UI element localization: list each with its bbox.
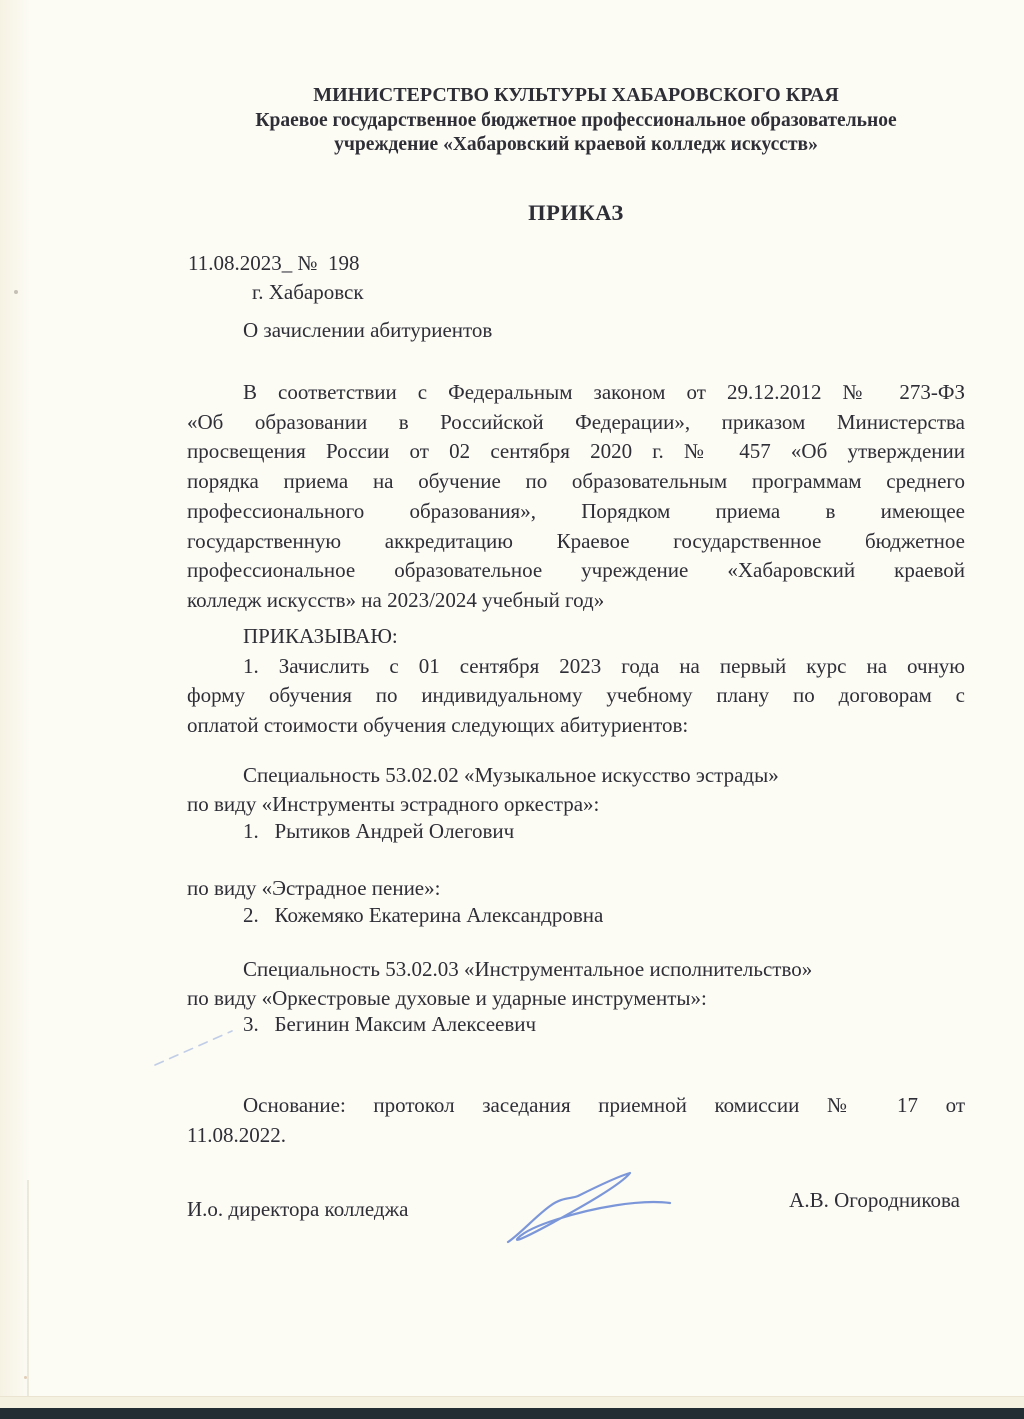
basis-line: Основание: протокол заседания приемной к… <box>187 1091 965 1121</box>
student-row: 1. Рытиков Андрей Олегович <box>187 817 965 847</box>
preamble-paragraph: В соответствии с Федеральным законом от … <box>187 378 965 616</box>
resolution-heading: ПРИКАЗЫВАЮ: <box>187 622 965 652</box>
resolution-item-line: форму обучения по индивидуальному учебно… <box>187 681 965 711</box>
signatory-name: А.В. Огородникова <box>789 1188 960 1213</box>
resolution-block: ПРИКАЗЫВАЮ: 1. Зачислить с 01 сентября 2… <box>187 622 965 741</box>
order-date-and-number: 11.08.2023_ № 198 <box>188 249 966 279</box>
resolution-item-line: 1. Зачислить с 01 сентября 2023 года на … <box>187 652 965 682</box>
scan-speck <box>14 290 18 294</box>
order-city: г. Хабаровск <box>188 278 966 308</box>
scan-speck <box>24 1376 27 1379</box>
order-title: ПРИКАЗ <box>187 200 965 226</box>
preamble-line: просвещения России от 02 сентября 2020 г… <box>187 437 965 467</box>
specialty2-title: Специальность 53.02.03 «Инструментальное… <box>187 955 965 985</box>
institution-name-line2: учреждение «Хабаровский краевой колледж … <box>187 133 965 157</box>
basis-line: 11.08.2022. <box>187 1121 965 1151</box>
resolution-item-line: оплатой стоимости обучения следующих аби… <box>187 711 965 741</box>
scan-left-edge-shading <box>0 0 30 1419</box>
scanned-order-document: МИНИСТЕРСТВО КУЛЬТУРЫ ХАБАРОВСКОГО КРАЯ … <box>0 0 1024 1419</box>
pen-mark <box>140 1015 250 1075</box>
institution-name-line1: Краевое государственное бюджетное профес… <box>187 109 965 133</box>
preamble-line: порядка приема на обучение по образовате… <box>187 467 965 497</box>
scan-left-edge-line <box>27 1180 29 1419</box>
specialty1-kind1: по виду «Инструменты эстрадного оркестра… <box>187 790 965 820</box>
preamble-line: профессионального образования», Порядком… <box>187 497 965 527</box>
preamble-line: «Об образовании в Российской Федерации»,… <box>187 408 965 438</box>
specialty1-title: Специальность 53.02.02 «Музыкальное иску… <box>187 761 965 791</box>
scan-bottom-edge <box>0 1408 1024 1419</box>
preamble-line: В соответствии с Федеральным законом от … <box>187 378 965 408</box>
preamble-line: колледж искусств» на 2023/2024 учебный г… <box>187 586 965 616</box>
order-subject: О зачислении абитуриентов <box>188 316 966 346</box>
basis-paragraph: Основание: протокол заседания приемной к… <box>187 1091 965 1150</box>
student-row: 3. Бегинин Максим Алексеевич <box>187 1010 965 1040</box>
preamble-line: государственную аккредитацию Краевое гос… <box>187 527 965 557</box>
student-row: 2. Кожемяко Екатерина Александровна <box>187 901 965 931</box>
preamble-line: профессиональное образовательное учрежде… <box>187 556 965 586</box>
handwritten-signature <box>470 1150 700 1260</box>
ministry-name: МИНИСТЕРСТВО КУЛЬТУРЫ ХАБАРОВСКОГО КРАЯ <box>187 83 965 107</box>
signatory-position: И.о. директора колледжа <box>187 1197 408 1222</box>
specialty1-kind2: по виду «Эстрадное пение»: <box>187 874 965 904</box>
